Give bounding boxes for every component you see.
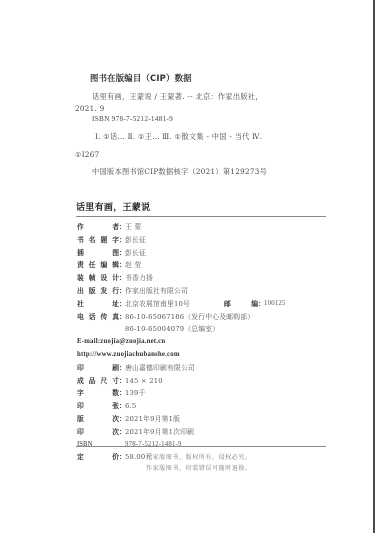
- cip-line-subjects: Ⅰ. ①话… Ⅱ. ①王… Ⅲ. ①散文集 - 中国 - 当代 Ⅳ.: [95, 132, 262, 142]
- colophon-value: 彭长征: [125, 247, 146, 260]
- colophon-row: 书名题字：彭长征: [77, 234, 327, 247]
- colophon-contact: http://www.zuojiachubanshe.com: [77, 349, 180, 362]
- colophon-value: 145 × 210: [125, 375, 163, 388]
- book-title: 话里有画，王蒙说: [76, 200, 150, 213]
- postal-label: 邮编: [224, 298, 258, 311]
- title-divider: [76, 216, 326, 217]
- colophon-contact: E-mail:zuojia@zuojia.net.cn: [77, 336, 165, 349]
- colophon-row: 版次：2021年9月第1版: [77, 413, 327, 426]
- colophon-row: E-mail:zuojia@zuojia.net.cn: [77, 336, 327, 349]
- colophon-value: 2021年9月第1次印刷: [125, 426, 194, 439]
- colophon-row: 责任编辑：赵 莹: [77, 259, 327, 272]
- colophon-row: 装帧设计：书香力扬: [77, 272, 327, 285]
- colophon-row: 电话传真：86-10-65067186（发行中心及邮购部）: [77, 311, 327, 324]
- colophon-value: 86-10-65067186（发行中心及邮购部）: [125, 311, 254, 324]
- colophon-label: 印次: [77, 426, 119, 439]
- postal-code: 邮编：100125: [224, 298, 286, 311]
- colophon-row: 社址：北京农展馆南里10号邮编：100125: [77, 298, 327, 311]
- exchange-notice: 作家版图书，印装错误可随时退换。: [146, 463, 252, 472]
- cip-line-cip-number: 中国版本图书馆CIP数据核字（2021）第129273号: [92, 167, 267, 177]
- colophon-label: 版次: [77, 413, 119, 426]
- colophon-row: 作者：王 蒙: [77, 221, 327, 234]
- colophon-label: 定价: [77, 451, 119, 464]
- colophon-label: 责任编辑: [77, 259, 119, 272]
- colophon-label: 作者: [77, 221, 119, 234]
- colophon-value: 书香力扬: [125, 272, 153, 285]
- colophon-row: 印张：6.5: [77, 400, 327, 413]
- colophon-value: 6.5: [125, 400, 136, 413]
- colophon-label: 社址: [77, 298, 119, 311]
- colophon-label: ISBN: [77, 439, 119, 452]
- colophon-label: 印张: [77, 400, 119, 413]
- colophon-label: 出版发行: [77, 285, 119, 298]
- colophon-table: 作者：王 蒙书名题字：彭长征插图：彭长征责任编辑：赵 莹装帧设计：书香力扬出版发…: [77, 221, 327, 464]
- colophon-value: 赵 莹: [125, 259, 141, 272]
- colophon-row: 字数：139千: [77, 387, 327, 400]
- colophon-value: 唐山嘉德印刷有限公司: [125, 362, 195, 375]
- cip-line-isbn: ISBN 978-7-5212-1481-9: [92, 115, 173, 123]
- colophon-label: 成品尺寸: [77, 375, 119, 388]
- colophon-row: ISBN978-7-5212-1481-9: [77, 439, 327, 452]
- colophon-value: 彭长征: [125, 234, 146, 247]
- cip-line-date: 2021. 9: [75, 104, 105, 113]
- postal-value: 100125: [264, 298, 286, 311]
- colophon-value: 王 蒙: [125, 221, 141, 234]
- colophon-label: 装帧设计: [77, 272, 119, 285]
- copyright-notice: 作家版图书，版权所有，侵权必究。: [146, 452, 252, 461]
- colophon-value: 北京农展馆南里10号: [125, 298, 190, 311]
- colophon-label: 印刷: [77, 362, 119, 375]
- colophon-value: 978-7-5212-1481-9: [125, 439, 182, 452]
- colophon-row: http://www.zuojiachubanshe.com: [77, 349, 327, 362]
- colophon-label: 字数: [77, 387, 119, 400]
- cip-heading: 图书在版编目（CIP）数据: [90, 72, 192, 84]
- colophon-row: 成品尺寸：145 × 210: [77, 375, 327, 388]
- colophon-row: 插图：彭长征: [77, 247, 327, 260]
- colophon-value: 86-10-65004079（总编室）: [125, 323, 219, 336]
- colophon-value: 作家出版社有限公司: [125, 285, 188, 298]
- colophon-value: 2021年9月第1版: [125, 413, 180, 426]
- colophon-label: 插图: [77, 247, 119, 260]
- colophon-row: 印刷：唐山嘉德印刷有限公司: [77, 362, 327, 375]
- cip-line-title: 话里有画，王蒙说 / 王蒙著. -- 北京：作家出版社，: [92, 92, 263, 102]
- bottom-divider: [76, 446, 326, 447]
- cip-line-classification: ①I267: [75, 150, 100, 159]
- colophon-value: 139千: [125, 387, 146, 400]
- colophon-label: 电话传真: [77, 311, 119, 324]
- colophon-label: 书名题字: [77, 234, 119, 247]
- colophon-row: 86-10-65004079（总编室）: [77, 323, 327, 336]
- colophon-label: [77, 323, 119, 336]
- colophon-row: 印次：2021年9月第1次印刷: [77, 426, 327, 439]
- colophon-row: 出版发行：作家出版社有限公司: [77, 285, 327, 298]
